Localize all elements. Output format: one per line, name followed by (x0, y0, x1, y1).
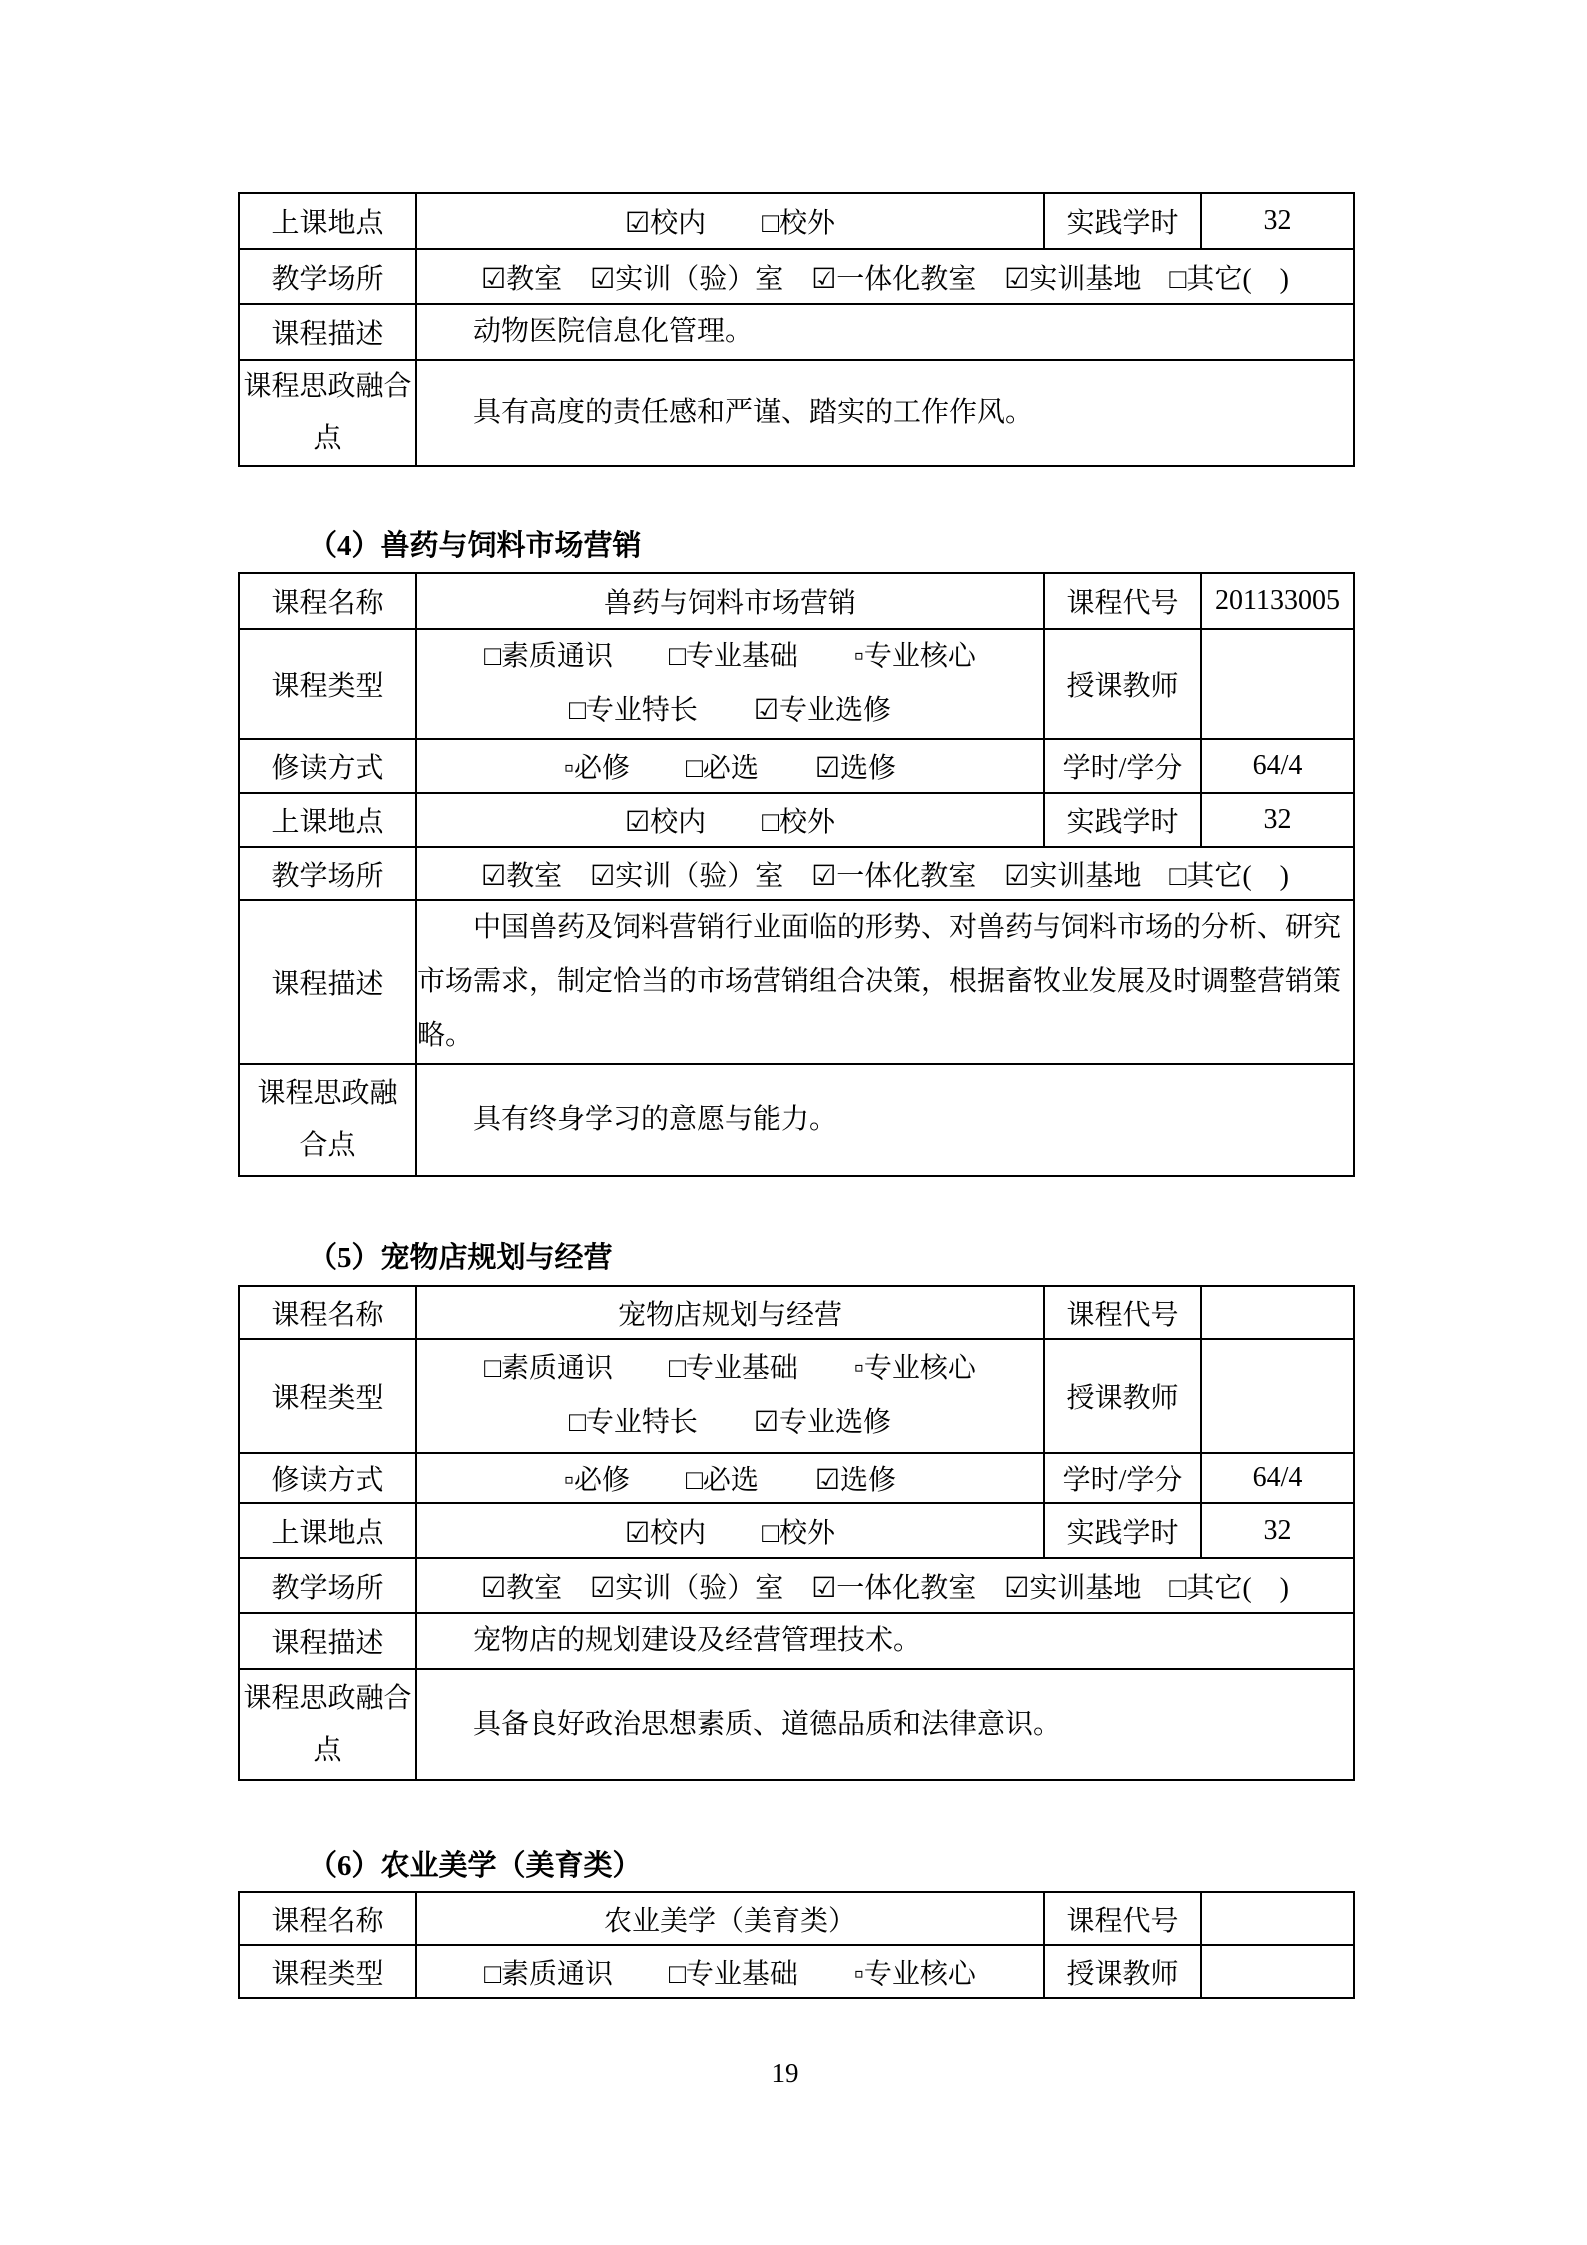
row-options: ▫必修 □必选 ☑选修 (416, 739, 1044, 793)
table-row: 课程类型 □素质通识 □专业基础 ▫专业核心 □专业特长 ☑专业选修 授课教师 (239, 629, 1354, 739)
row-right-value (1201, 1339, 1354, 1453)
table-row: 课程思政融 合点 具有终身学习的意愿与能力。 (239, 1064, 1354, 1176)
table-row: 教学场所 ☑教室 ☑实训（验）室 ☑一体化教室 ☑实训基地 □其它( ) (239, 249, 1354, 304)
row-right-value: 64/4 (1201, 739, 1354, 793)
table-row: 课程思政融合 点 具有高度的责任感和严谨、踏实的工作作风。 (239, 360, 1354, 466)
row-value: 具有终身学习的意愿与能力。 (416, 1064, 1354, 1176)
course-table-5: 课程名称 宠物店规划与经营 课程代号 课程类型 □素质通识 □专业基础 ▫专业核… (238, 1285, 1355, 1781)
row-label: 教学场所 (239, 1558, 416, 1613)
table-row: 课程描述 宠物店的规划建设及经营管理技术。 (239, 1613, 1354, 1669)
table-row: 课程类型 □素质通识 □专业基础 ▫专业核心 授课教师 (239, 1945, 1354, 1998)
course-table-6: 课程名称 农业美学（美育类） 课程代号 课程类型 □素质通识 □专业基础 ▫专业… (238, 1891, 1355, 1999)
row-right-value: 32 (1201, 193, 1354, 249)
row-right-label: 学时/学分 (1044, 739, 1201, 793)
row-value: 动物医院信息化管理。 (416, 304, 1354, 360)
row-label: 课程描述 (239, 304, 416, 360)
section-heading-5: （5）宠物店规划与经营 (308, 1240, 613, 1276)
row-label: 修读方式 (239, 739, 416, 793)
row-options: ☑教室 ☑实训（验）室 ☑一体化教室 ☑实训基地 □其它( ) (416, 249, 1354, 304)
row-label: 修读方式 (239, 1453, 416, 1503)
section-heading-6: （6）农业美学（美育类） (308, 1848, 642, 1884)
row-options: ☑教室 ☑实训（验）室 ☑一体化教室 ☑实训基地 □其它( ) (416, 1558, 1354, 1613)
table-row: 课程名称 兽药与饲料市场营销 课程代号 201133005 (239, 573, 1354, 629)
row-right-value: 201133005 (1201, 573, 1354, 629)
row-value: 宠物店规划与经营 (416, 1286, 1044, 1339)
row-label: 教学场所 (239, 847, 416, 900)
row-right-value: 64/4 (1201, 1453, 1354, 1503)
table-row: 上课地点 ☑校内 □校外 实践学时 32 (239, 193, 1354, 249)
table-row: 修读方式 ▫必修 □必选 ☑选修 学时/学分 64/4 (239, 1453, 1354, 1503)
row-value: 农业美学（美育类） (416, 1892, 1044, 1945)
row-right-label: 实践学时 (1044, 793, 1201, 847)
row-label: 课程描述 (239, 1613, 416, 1669)
row-right-label: 课程代号 (1044, 1892, 1201, 1945)
row-right-value (1201, 1892, 1354, 1945)
row-label: 课程类型 (239, 1945, 416, 1998)
row-label: 教学场所 (239, 249, 416, 304)
row-options: □素质通识 □专业基础 ▫专业核心 □专业特长 ☑专业选修 (416, 629, 1044, 739)
row-right-value (1201, 1286, 1354, 1339)
row-options: ☑校内 □校外 (416, 793, 1044, 847)
row-label: 课程思政融合 点 (239, 1669, 416, 1780)
section-heading-4: （4）兽药与饲料市场营销 (308, 528, 642, 564)
row-right-label: 学时/学分 (1044, 1453, 1201, 1503)
row-right-value (1201, 1945, 1354, 1998)
table-row: 课程思政融合 点 具备良好政治思想素质、道德品质和法律意识。 (239, 1669, 1354, 1780)
course-table-continued: 上课地点 ☑校内 □校外 实践学时 32 教学场所 ☑教室 ☑实训（验）室 ☑一… (238, 192, 1355, 467)
row-right-label: 授课教师 (1044, 629, 1201, 739)
row-label: 课程名称 (239, 1286, 416, 1339)
row-label: 课程思政融合 点 (239, 360, 416, 466)
table-row: 课程名称 农业美学（美育类） 课程代号 (239, 1892, 1354, 1945)
course-table-4: 课程名称 兽药与饲料市场营销 课程代号 201133005 课程类型 □素质通识… (238, 572, 1355, 1177)
page-number: 19 (0, 2058, 1570, 2089)
table-row: 修读方式 ▫必修 □必选 ☑选修 学时/学分 64/4 (239, 739, 1354, 793)
row-value: 具备良好政治思想素质、道德品质和法律意识。 (416, 1669, 1354, 1780)
document-page: 上课地点 ☑校内 □校外 实践学时 32 教学场所 ☑教室 ☑实训（验）室 ☑一… (0, 0, 1587, 2245)
row-value: 宠物店的规划建设及经营管理技术。 (416, 1613, 1354, 1669)
row-label: 课程描述 (239, 900, 416, 1064)
row-right-label: 课程代号 (1044, 1286, 1201, 1339)
row-right-label: 课程代号 (1044, 573, 1201, 629)
row-label: 课程类型 (239, 629, 416, 739)
table-row: 课程描述 中国兽药及饲料营销行业面临的形势、对兽药与饲料市场的分析、研究 市场需… (239, 900, 1354, 1064)
row-right-label: 实践学时 (1044, 193, 1201, 249)
row-value: 具有高度的责任感和严谨、踏实的工作作风。 (416, 360, 1354, 466)
row-value: 兽药与饲料市场营销 (416, 573, 1044, 629)
row-options: ☑校内 □校外 (416, 1503, 1044, 1558)
table-row: 上课地点 ☑校内 □校外 实践学时 32 (239, 793, 1354, 847)
row-options: ☑校内 □校外 (416, 193, 1044, 249)
row-label: 课程思政融 合点 (239, 1064, 416, 1176)
table-row: 课程名称 宠物店规划与经营 课程代号 (239, 1286, 1354, 1339)
row-right-value: 32 (1201, 793, 1354, 847)
row-label: 上课地点 (239, 193, 416, 249)
row-label: 课程名称 (239, 1892, 416, 1945)
row-right-label: 授课教师 (1044, 1945, 1201, 1998)
row-label: 课程类型 (239, 1339, 416, 1453)
row-options: ☑教室 ☑实训（验）室 ☑一体化教室 ☑实训基地 □其它( ) (416, 847, 1354, 900)
row-options: □素质通识 □专业基础 ▫专业核心 □专业特长 ☑专业选修 (416, 1339, 1044, 1453)
row-right-label: 实践学时 (1044, 1503, 1201, 1558)
row-label: 上课地点 (239, 1503, 416, 1558)
row-label: 上课地点 (239, 793, 416, 847)
table-row: 课程描述 动物医院信息化管理。 (239, 304, 1354, 360)
row-options: ▫必修 □必选 ☑选修 (416, 1453, 1044, 1503)
row-value: 中国兽药及饲料营销行业面临的形势、对兽药与饲料市场的分析、研究 市场需求，制定恰… (416, 900, 1354, 1064)
row-label: 课程名称 (239, 573, 416, 629)
table-row: 上课地点 ☑校内 □校外 实践学时 32 (239, 1503, 1354, 1558)
table-row: 课程类型 □素质通识 □专业基础 ▫专业核心 □专业特长 ☑专业选修 授课教师 (239, 1339, 1354, 1453)
table-row: 教学场所 ☑教室 ☑实训（验）室 ☑一体化教室 ☑实训基地 □其它( ) (239, 847, 1354, 900)
row-right-label: 授课教师 (1044, 1339, 1201, 1453)
row-right-value (1201, 629, 1354, 739)
row-options: □素质通识 □专业基础 ▫专业核心 (416, 1945, 1044, 1998)
row-right-value: 32 (1201, 1503, 1354, 1558)
table-row: 教学场所 ☑教室 ☑实训（验）室 ☑一体化教室 ☑实训基地 □其它( ) (239, 1558, 1354, 1613)
